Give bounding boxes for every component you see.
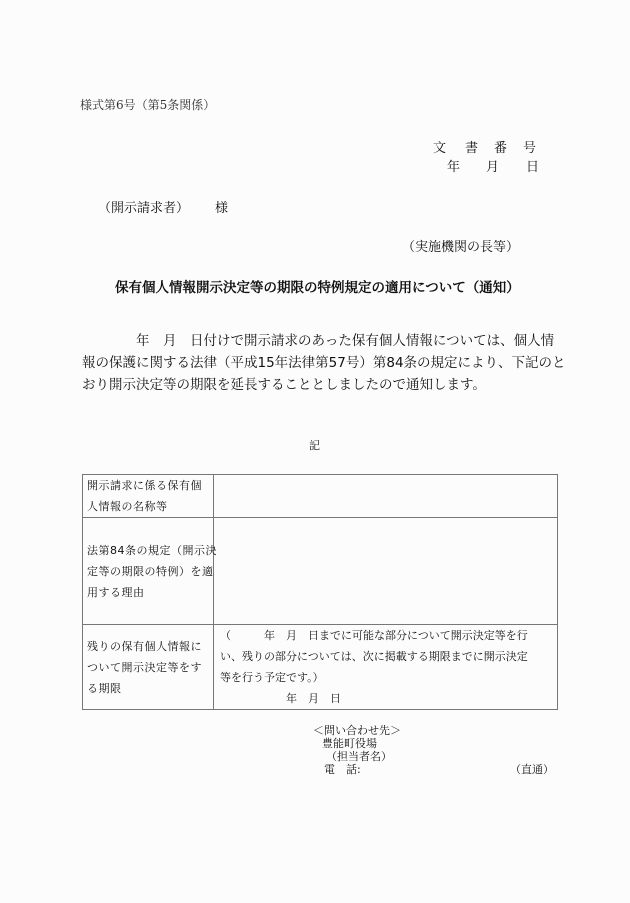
contact-office: 豊能町役場 — [322, 737, 410, 750]
notice-table: 開示請求に係る保有個 人情報の名称等 法第84条の規定（開示決 定等の期限の特例… — [82, 474, 558, 710]
date-month: 月 — [486, 156, 526, 175]
label-line: る期限 — [87, 678, 209, 699]
docnum-char: 号 — [523, 137, 536, 156]
label-line: 法第84条の規定（開示決 — [87, 540, 209, 561]
table-row: 法第84条の規定（開示決 定等の期限の特例）を適 用する理由 — [83, 518, 558, 625]
date-day: 日 — [526, 160, 539, 175]
value-line: 等を行う予定です。） — [220, 667, 553, 688]
docnum-char: 書 — [465, 137, 494, 156]
label-line: 用する理由 — [87, 582, 209, 603]
label-line: 開示請求に係る保有個 — [87, 475, 209, 496]
label-line: 定等の期限の特例）を適 — [87, 561, 209, 582]
issue-date: 年月日 — [447, 156, 539, 175]
body-line: 年 月 日付けで開示請求のあった保有個人情報については、個人情 — [82, 330, 560, 352]
row-value-empty — [214, 518, 558, 625]
label-line: ついて開示決定等をす — [87, 657, 209, 678]
row-label: 法第84条の規定（開示決 定等の期限の特例）を適 用する理由 — [83, 518, 214, 625]
contact-block: ＜問い合わせ先＞ 豊能町役場 （担当者名） 電 話: （直通） — [313, 724, 401, 776]
document-number-label: 文書番号 — [433, 137, 536, 156]
label-line: 残りの保有個人情報に — [87, 636, 209, 657]
document-title: 保有個人情報開示決定等の期限の特例規定の適用について（通知） — [115, 276, 520, 296]
date-year: 年 — [447, 156, 486, 175]
label-line: 人情報の名称等 — [87, 496, 209, 517]
row-value: （ 年 月 日までに可能な部分について開示決定等を行 い、残りの部分については、… — [214, 625, 558, 710]
row-value-empty — [214, 475, 558, 518]
docnum-char: 番 — [494, 137, 523, 156]
row-label: 開示請求に係る保有個 人情報の名称等 — [83, 475, 214, 518]
phone-extension: （直通） — [510, 763, 554, 776]
value-line: 年 月 日 — [220, 688, 553, 709]
body-line: 報の保護に関する法律（平成15年法律第57号）第84条の規定により、下記のと — [82, 352, 560, 374]
table-row: 開示請求に係る保有個 人情報の名称等 — [83, 475, 558, 518]
body-paragraph: 年 月 日付けで開示請求のあった保有個人情報については、個人情 報の保護に関する… — [82, 330, 560, 396]
addressee-honorific: 様 — [215, 201, 228, 216]
phone-label: 電 話: — [324, 763, 361, 776]
ki-heading: 記 — [309, 437, 320, 453]
issuer: （実施機関の長等） — [402, 236, 519, 255]
row-label: 残りの保有個人情報に ついて開示決定等をす る期限 — [83, 625, 214, 710]
value-line: （ 年 月 日までに可能な部分について開示決定等を行 — [220, 625, 553, 646]
contact-person: （担当者名） — [326, 750, 414, 763]
body-line: おり開示決定等の期限を延長することとしましたので通知します。 — [82, 374, 560, 396]
contact-heading: ＜問い合わせ先＞ — [313, 724, 401, 737]
addressee: （開示請求者）様 — [98, 197, 228, 216]
addressee-name: （開示請求者） — [98, 201, 189, 216]
value-line: い、残りの部分については、次に掲載する期限までに開示決定 — [220, 646, 553, 667]
docnum-char: 文 — [433, 137, 465, 156]
contact-phone: 電 話: （直通） — [324, 763, 412, 776]
form-number: 様式第6号（第5条関係） — [80, 96, 215, 113]
table-row: 残りの保有個人情報に ついて開示決定等をす る期限 （ 年 月 日までに可能な部… — [83, 625, 558, 710]
